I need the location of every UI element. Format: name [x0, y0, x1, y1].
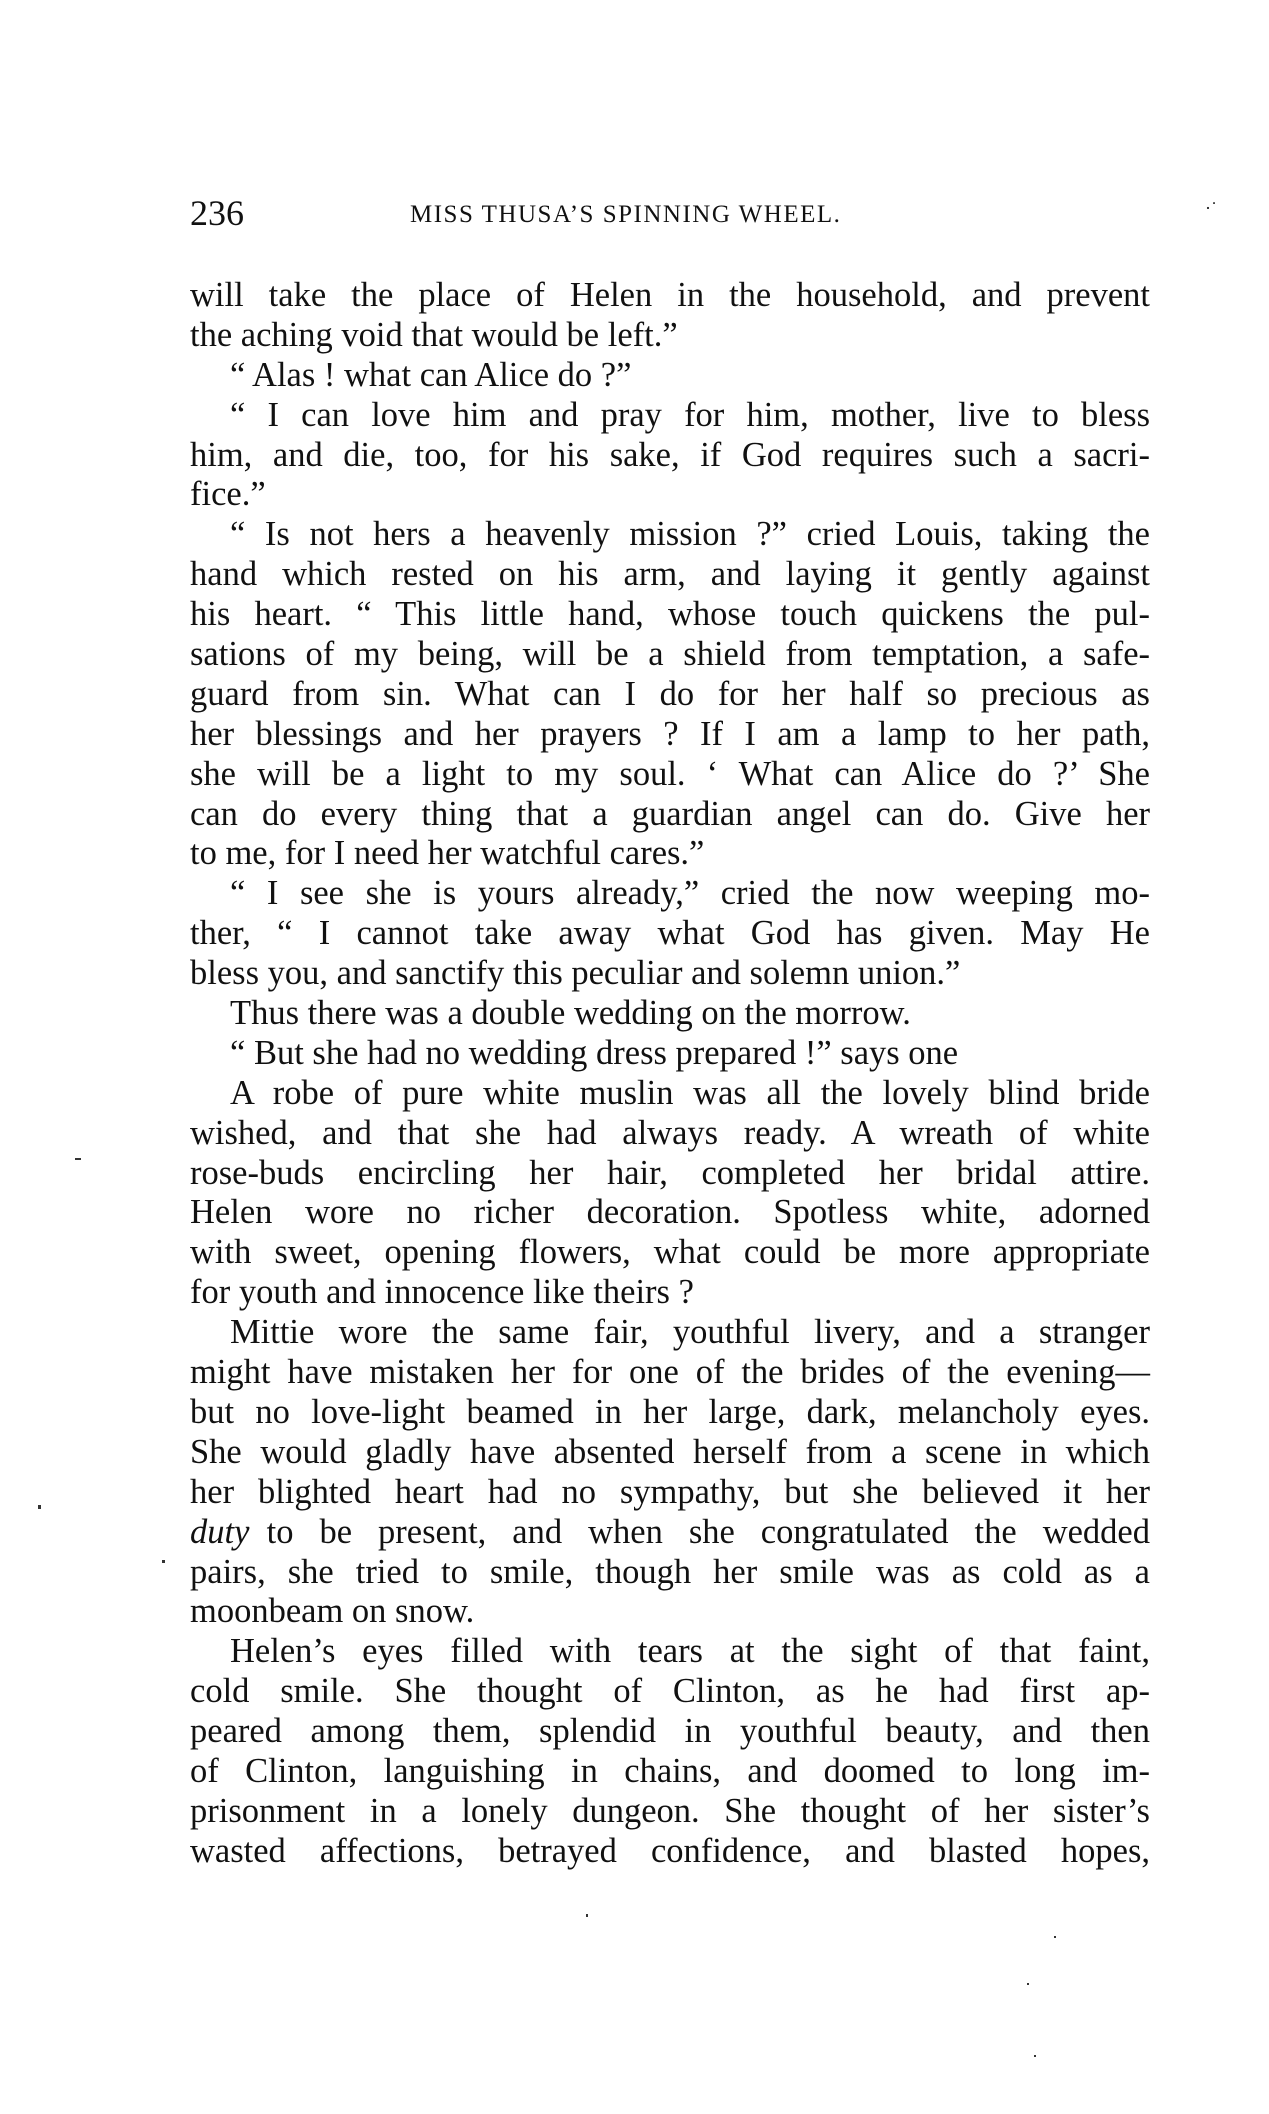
book-page: 236 MISS THUSA’S SPINNING WHEEL. ·˙ will… — [0, 0, 1269, 2114]
text-line: “ Is not hers a heavenly mission ?” crie… — [190, 515, 1150, 555]
text-line: can do every thing that a guardian angel… — [190, 795, 1150, 835]
text-line: “ I can love him and pray for him, mothe… — [190, 396, 1150, 436]
text-line: for youth and innocence like theirs ? — [190, 1273, 1150, 1313]
text-line-content: moonbeam on snow. — [190, 1592, 474, 1630]
text-line: might have mistaken her for one of the b… — [190, 1353, 1150, 1393]
text-line-content: wasted affections, betrayed confidence, … — [190, 1832, 1150, 1870]
text-line: wasted affections, betrayed confidence, … — [190, 1832, 1150, 1872]
text-line-content: wished, and that she had always ready. A… — [190, 1114, 1150, 1152]
text-line-content: peared among them, splendid in youthful … — [190, 1712, 1150, 1750]
text-line: of Clinton, languishing in chains, and d… — [190, 1752, 1150, 1792]
text-line: to me, for I need her watchful cares.” — [190, 834, 1150, 874]
text-line-content: bless you, and sanctify this peculiar an… — [190, 954, 960, 992]
text-line-content: pairs, she tried to smile, though her sm… — [190, 1553, 1150, 1591]
text-line-content: A robe of pure white muslin was all the … — [230, 1074, 1150, 1112]
scan-speck — [75, 1158, 81, 1160]
text-line-content: cold smile. She thought of Clinton, as h… — [190, 1672, 1150, 1710]
scan-speck — [162, 1560, 165, 1563]
text-line: bless you, and sanctify this peculiar an… — [190, 954, 1150, 994]
body-text: will take the place of Helen in the hous… — [190, 276, 1150, 1872]
text-line-content: Helen wore no richer decoration. Spotles… — [190, 1193, 1150, 1231]
text-line: “ I see she is yours already,” cried the… — [190, 874, 1150, 914]
text-line: her blighted heart had no sympathy, but … — [190, 1473, 1150, 1513]
text-line: the aching void that would be left.” — [190, 316, 1150, 356]
text-line-content: his heart. “ This little hand, whose tou… — [190, 595, 1150, 633]
text-line: her blessings and her prayers ? If I am … — [190, 715, 1150, 755]
text-line: sations of my being, will be a shield fr… — [190, 635, 1150, 675]
text-line-content: him, and die, too, for his sake, if God … — [190, 436, 1150, 474]
text-line-content: fice.” — [190, 475, 266, 513]
text-line-content: “ Alas ! what can Alice do ?” — [230, 356, 631, 394]
scan-speck — [38, 1505, 41, 1509]
text-line-content: but no love-light beamed in her large, d… — [190, 1393, 1150, 1431]
text-line: She would gladly have absented herself f… — [190, 1433, 1150, 1473]
text-line: ther, “ I cannot take away what God has … — [190, 914, 1150, 954]
text-line: she will be a light to my soul. ‘ What c… — [190, 755, 1150, 795]
text-line: Mittie wore the same fair, youthful live… — [190, 1313, 1150, 1353]
text-line-content: hand which rested on his arm, and laying… — [190, 555, 1150, 593]
text-line: his heart. “ This little hand, whose tou… — [190, 595, 1150, 635]
text-line-content: her blighted heart had no sympathy, but … — [190, 1473, 1150, 1511]
text-line-content: rose-buds encircling her hair, completed… — [190, 1154, 1150, 1192]
text-line-content: sations of my being, will be a shield fr… — [190, 635, 1150, 673]
text-line: Helen’s eyes filled with tears at the si… — [190, 1632, 1150, 1672]
text-line: pairs, she tried to smile, though her sm… — [190, 1553, 1150, 1593]
text-line: moonbeam on snow. — [190, 1592, 1150, 1632]
text-line: Helen wore no richer decoration. Spotles… — [190, 1193, 1150, 1233]
text-line-content: to be present, and when she congratulate… — [267, 1513, 1150, 1551]
text-line: guard from sin. What can I do for her ha… — [190, 675, 1150, 715]
text-line-content: to me, for I need her watchful cares.” — [190, 834, 704, 872]
text-line: him, and die, too, for his sake, if God … — [190, 436, 1150, 476]
running-head: 236 MISS THUSA’S SPINNING WHEEL. — [190, 188, 1150, 238]
text-line-content: Helen’s eyes filled with tears at the si… — [230, 1632, 1150, 1670]
running-title: MISS THUSA’S SPINNING WHEEL. — [410, 190, 841, 240]
text-line: rose-buds encircling her hair, completed… — [190, 1154, 1150, 1194]
text-line-content: of Clinton, languishing in chains, and d… — [190, 1752, 1150, 1790]
text-line: fice.” — [190, 475, 1150, 515]
scan-speck — [1034, 2055, 1036, 2057]
text-line-content: can do every thing that a guardian angel… — [190, 795, 1150, 833]
text-line: will take the place of Helen in the hous… — [190, 276, 1150, 316]
text-line: peared among them, splendid in youthful … — [190, 1712, 1150, 1752]
text-line-content: Mittie wore the same fair, youthful live… — [230, 1313, 1150, 1351]
scan-speck-mark: ·˙ — [1205, 198, 1217, 219]
text-line: with sweet, opening flowers, what could … — [190, 1233, 1150, 1273]
text-line-content: prisonment in a lonely dungeon. She thou… — [190, 1792, 1150, 1830]
text-line-content: ther, “ I cannot take away what God has … — [190, 914, 1150, 952]
text-line-content: her blessings and her prayers ? If I am … — [190, 715, 1150, 753]
text-line: “ But she had no wedding dress prepared … — [190, 1034, 1150, 1074]
text-line: “ Alas ! what can Alice do ?” — [190, 356, 1150, 396]
text-line-content: the aching void that would be left.” — [190, 316, 678, 354]
text-line-content: “ I see she is yours already,” cried the… — [230, 874, 1150, 912]
text-line: wished, and that she had always ready. A… — [190, 1114, 1150, 1154]
page-number: 236 — [190, 188, 244, 238]
text-line-content: “ But she had no wedding dress prepared … — [230, 1034, 958, 1072]
scan-speck — [586, 1914, 588, 1917]
scan-speck — [1027, 1983, 1029, 1985]
text-line-content: with sweet, opening flowers, what could … — [190, 1233, 1150, 1271]
text-line: cold smile. She thought of Clinton, as h… — [190, 1672, 1150, 1712]
text-line: hand which rested on his arm, and laying… — [190, 555, 1150, 595]
text-line: Thus there was a double wedding on the m… — [190, 994, 1150, 1034]
text-line-content: Thus there was a double wedding on the m… — [230, 994, 911, 1032]
text-line-content: “ I can love him and pray for him, mothe… — [230, 396, 1150, 434]
text-line-content: She would gladly have absented herself f… — [190, 1433, 1150, 1471]
text-line-content: will take the place of Helen in the hous… — [190, 276, 1150, 314]
emphasis-word: duty — [190, 1513, 249, 1551]
text-line: but no love-light beamed in her large, d… — [190, 1393, 1150, 1433]
text-line-content: for youth and innocence like theirs ? — [190, 1273, 694, 1311]
text-line-content: “ Is not hers a heavenly mission ?” crie… — [230, 515, 1150, 553]
text-line: prisonment in a lonely dungeon. She thou… — [190, 1792, 1150, 1832]
text-line-content: guard from sin. What can I do for her ha… — [190, 675, 1150, 713]
text-line-content: she will be a light to my soul. ‘ What c… — [190, 755, 1150, 793]
text-line: A robe of pure white muslin was all the … — [190, 1074, 1150, 1114]
text-line: duty to be present, and when she congrat… — [190, 1513, 1150, 1553]
text-line-content: might have mistaken her for one of the b… — [190, 1353, 1150, 1391]
scan-speck — [1054, 1936, 1056, 1938]
